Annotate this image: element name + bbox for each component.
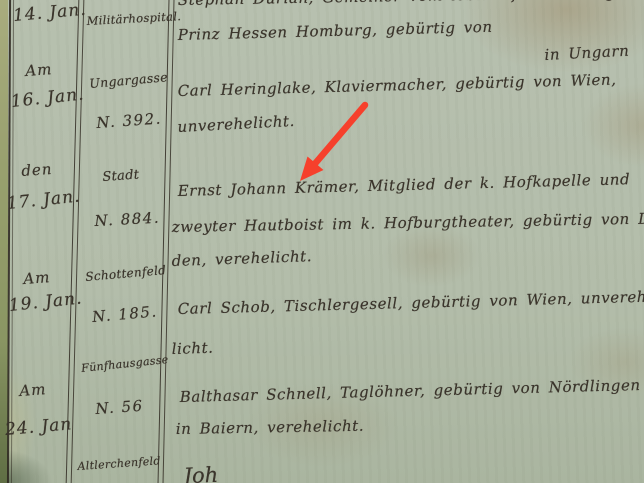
entry-date: 17. Jan. <box>6 186 81 214</box>
entry-text-line: Prinz Hessen Homburg, gebürtig von <box>178 18 493 44</box>
entry-date: 14. Jan. <box>12 0 87 26</box>
entry-address: Ungargasse <box>89 69 169 91</box>
entry-text-line-highlighted: den, verehelicht. <box>171 247 312 270</box>
entry-date: Am <box>19 380 47 400</box>
entry-address: Schottenfeld <box>85 263 167 284</box>
entry-address: N. 56 <box>95 397 144 418</box>
entry-date: 16. Jan. <box>10 84 85 112</box>
entry-text-line: Balthasar Schnell, Taglöhner, gebürtig v… <box>180 376 641 406</box>
red-arrow-shaft <box>313 105 365 166</box>
entry-address: Stadt <box>102 167 140 185</box>
register-page-scan: 14. Jan. Militärhospital. Stephan Durian… <box>0 0 644 483</box>
entry-text-line-highlighted: zweyter Hautboist im k. Hofburgtheater, … <box>172 209 644 236</box>
entry-text-line: in Baiern, verehelicht. <box>176 417 365 438</box>
entry-text-line: Stephan Durian, Gemeiner vom löbl. Infan… <box>178 0 644 9</box>
entry-address: N. 884. <box>94 209 160 230</box>
entry-address: N. 392. <box>96 109 163 132</box>
entry-address: Altlerchenfeld <box>77 454 161 473</box>
entry-date: 19. Jan. <box>8 288 83 316</box>
entry-date: Am <box>23 268 51 288</box>
entry-text-line: Carl Schob, Tischlergesell, gebürtig von… <box>178 287 644 318</box>
entry-address: N. 185. <box>91 302 158 326</box>
entry-date: Am <box>25 60 53 80</box>
entry-text-line: Carl Heringlake, Klaviermacher, gebürtig… <box>178 71 617 100</box>
entry-address: Fünfhausgasse <box>81 353 169 375</box>
entry-text-line-highlighted: Ernst Johann Krämer, Mitglied der k. Hof… <box>178 170 631 200</box>
column-rule-left-inner <box>11 0 14 483</box>
entry-date: 24. Jan <box>4 414 73 440</box>
entry-text-line: licht. <box>171 339 213 358</box>
entry-text-line: Joh <box>183 463 218 483</box>
entry-date: den <box>21 160 53 180</box>
entry-text-line: in Ungarn <box>544 42 630 64</box>
entry-text-line: unverehelicht. <box>177 112 295 136</box>
